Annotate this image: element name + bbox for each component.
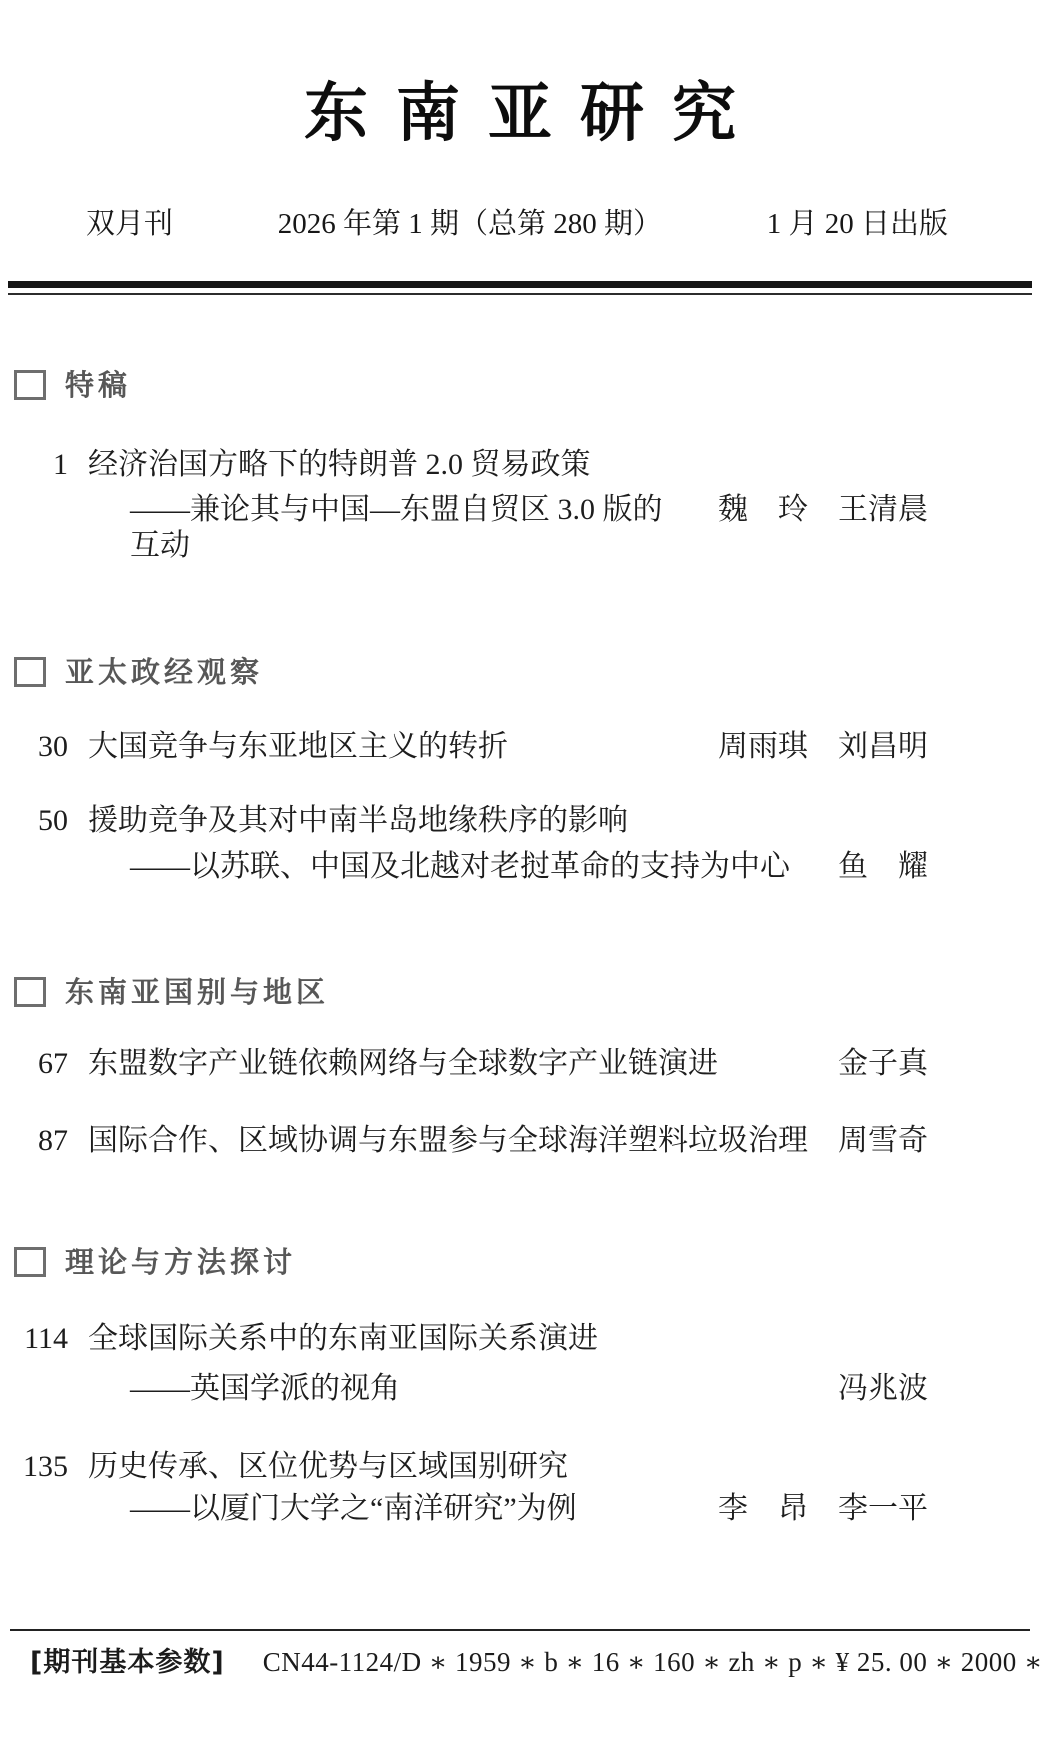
article-subtitle: ——以苏联、中国及北越对老挝革命的支持为中心	[130, 849, 790, 885]
section-heading-lilun: 理论与方法探讨	[14, 1244, 1040, 1280]
journal-title: 东南亚研究	[0, 0, 1040, 162]
article-title: 经济治国方略下的特朗普 2.0 贸易政策	[88, 447, 591, 483]
article-authors: 冯兆波	[808, 1371, 928, 1407]
toc-entry: 87 国际合作、区域协调与东盟参与全球海洋塑料垃圾治理 周雪奇	[0, 1123, 1040, 1159]
page-number: 67	[0, 1046, 68, 1082]
entry-title-line: 135 历史传承、区位优势与区域国别研究	[0, 1449, 928, 1485]
header-rule-thick	[8, 281, 1032, 288]
toc-entry: 135 历史传承、区位优势与区域国别研究 ——以厦门大学之“南洋研究”为例 李 …	[0, 1449, 1040, 1527]
article-title: 历史传承、区位优势与区域国别研究	[88, 1449, 568, 1485]
parameters-value: CN44-1124/D ∗ 1959 ∗ b ∗ 16 ∗ 160 ∗ zh ∗…	[263, 1644, 1040, 1680]
article-title: 援助竞争及其对中南半岛地缘秩序的影响	[88, 803, 628, 839]
article-authors: 鱼 耀	[808, 849, 928, 885]
page-number: 87	[0, 1123, 68, 1159]
section-square-icon	[14, 977, 46, 1007]
issue-number: 2026 年第 1 期（总第 280 期）	[278, 204, 662, 244]
frequency-label: 双月刊	[86, 204, 173, 244]
publish-date: 1 月 20 日出版	[767, 204, 948, 244]
article-title: 东盟数字产业链依赖网络与全球数字产业链演进	[88, 1046, 718, 1082]
article-title: 国际合作、区域协调与东盟参与全球海洋塑料垃圾治理	[88, 1123, 808, 1159]
article-subtitle: ——英国学派的视角	[130, 1371, 400, 1407]
article-subtitle: ——兼论其与中国—东盟自贸区 3.0 版的互动	[130, 492, 688, 564]
article-authors: 魏 玲 王清晨	[688, 492, 928, 528]
journal-parameters-line: [期刊基本参数] CN44-1124/D ∗ 1959 ∗ b ∗ 16 ∗ 1…	[0, 1644, 1040, 1681]
entry-title-line: 114 全球国际关系中的东南亚国际关系演进	[0, 1321, 928, 1357]
section-heading-guobie: 东南亚国别与地区	[14, 974, 1040, 1010]
section-label: 特稿	[65, 367, 131, 403]
toc-entry: 30 大国竞争与东亚地区主义的转折 周雨琪 刘昌明	[0, 729, 1040, 765]
page-number: 1	[0, 447, 68, 483]
header-rule-thin	[8, 293, 1032, 295]
journal-toc-page: 东南亚研究 双月刊 2026 年第 1 期（总第 280 期） 1 月 20 日…	[0, 0, 1040, 1738]
page-number: 135	[0, 1449, 68, 1485]
entry-subtitle-line: ——以厦门大学之“南洋研究”为例 李 昂 李一平	[0, 1491, 928, 1527]
entry-subtitle-line: ——兼论其与中国—东盟自贸区 3.0 版的互动 魏 玲 王清晨	[0, 492, 928, 564]
section-label: 理论与方法探讨	[65, 1244, 296, 1280]
entry-subtitle-line: ——英国学派的视角 冯兆波	[0, 1371, 928, 1407]
toc-entry: 1 经济治国方略下的特朗普 2.0 贸易政策 ——兼论其与中国—东盟自贸区 3.…	[0, 447, 1040, 564]
issue-info-line: 双月刊 2026 年第 1 期（总第 280 期） 1 月 20 日出版	[0, 204, 1040, 244]
parameters-label: [期刊基本参数]	[30, 1645, 225, 1681]
section-square-icon	[14, 370, 46, 400]
section-label: 亚太政经观察	[65, 654, 263, 690]
page-number: 30	[0, 729, 68, 765]
toc-entry: 114 全球国际关系中的东南亚国际关系演进 ——英国学派的视角 冯兆波	[0, 1321, 1040, 1407]
article-title: 全球国际关系中的东南亚国际关系演进	[88, 1321, 598, 1357]
section-square-icon	[14, 657, 46, 687]
article-authors: 金子真	[808, 1046, 928, 1082]
entry-title-line: 67 东盟数字产业链依赖网络与全球数字产业链演进 金子真	[0, 1046, 928, 1082]
page-number: 114	[0, 1321, 68, 1357]
section-square-icon	[14, 1247, 46, 1277]
entry-title-line: 30 大国竞争与东亚地区主义的转折 周雨琪 刘昌明	[0, 729, 928, 765]
article-authors: 周雪奇	[808, 1123, 928, 1159]
article-authors: 李 昂 李一平	[688, 1491, 928, 1527]
article-authors: 周雨琪 刘昌明	[688, 729, 928, 765]
article-title: 大国竞争与东亚地区主义的转折	[88, 729, 508, 765]
page-number: 50	[0, 803, 68, 839]
article-subtitle: ——以厦门大学之“南洋研究”为例	[130, 1491, 577, 1527]
entry-title-line: 50 援助竞争及其对中南半岛地缘秩序的影响	[0, 803, 928, 839]
section-heading-yatai: 亚太政经观察	[14, 654, 1040, 690]
toc-entry: 50 援助竞争及其对中南半岛地缘秩序的影响 ——以苏联、中国及北越对老挝革命的支…	[0, 803, 1040, 885]
toc-entry: 67 东盟数字产业链依赖网络与全球数字产业链演进 金子真	[0, 1046, 1040, 1082]
section-label: 东南亚国别与地区	[65, 974, 329, 1010]
entry-title-line: 1 经济治国方略下的特朗普 2.0 贸易政策	[0, 447, 928, 483]
entry-title-line: 87 国际合作、区域协调与东盟参与全球海洋塑料垃圾治理 周雪奇	[0, 1123, 928, 1159]
section-heading-tegao: 特稿	[14, 367, 1040, 403]
entry-subtitle-line: ——以苏联、中国及北越对老挝革命的支持为中心 鱼 耀	[0, 849, 928, 885]
footer-rule	[10, 1629, 1030, 1631]
